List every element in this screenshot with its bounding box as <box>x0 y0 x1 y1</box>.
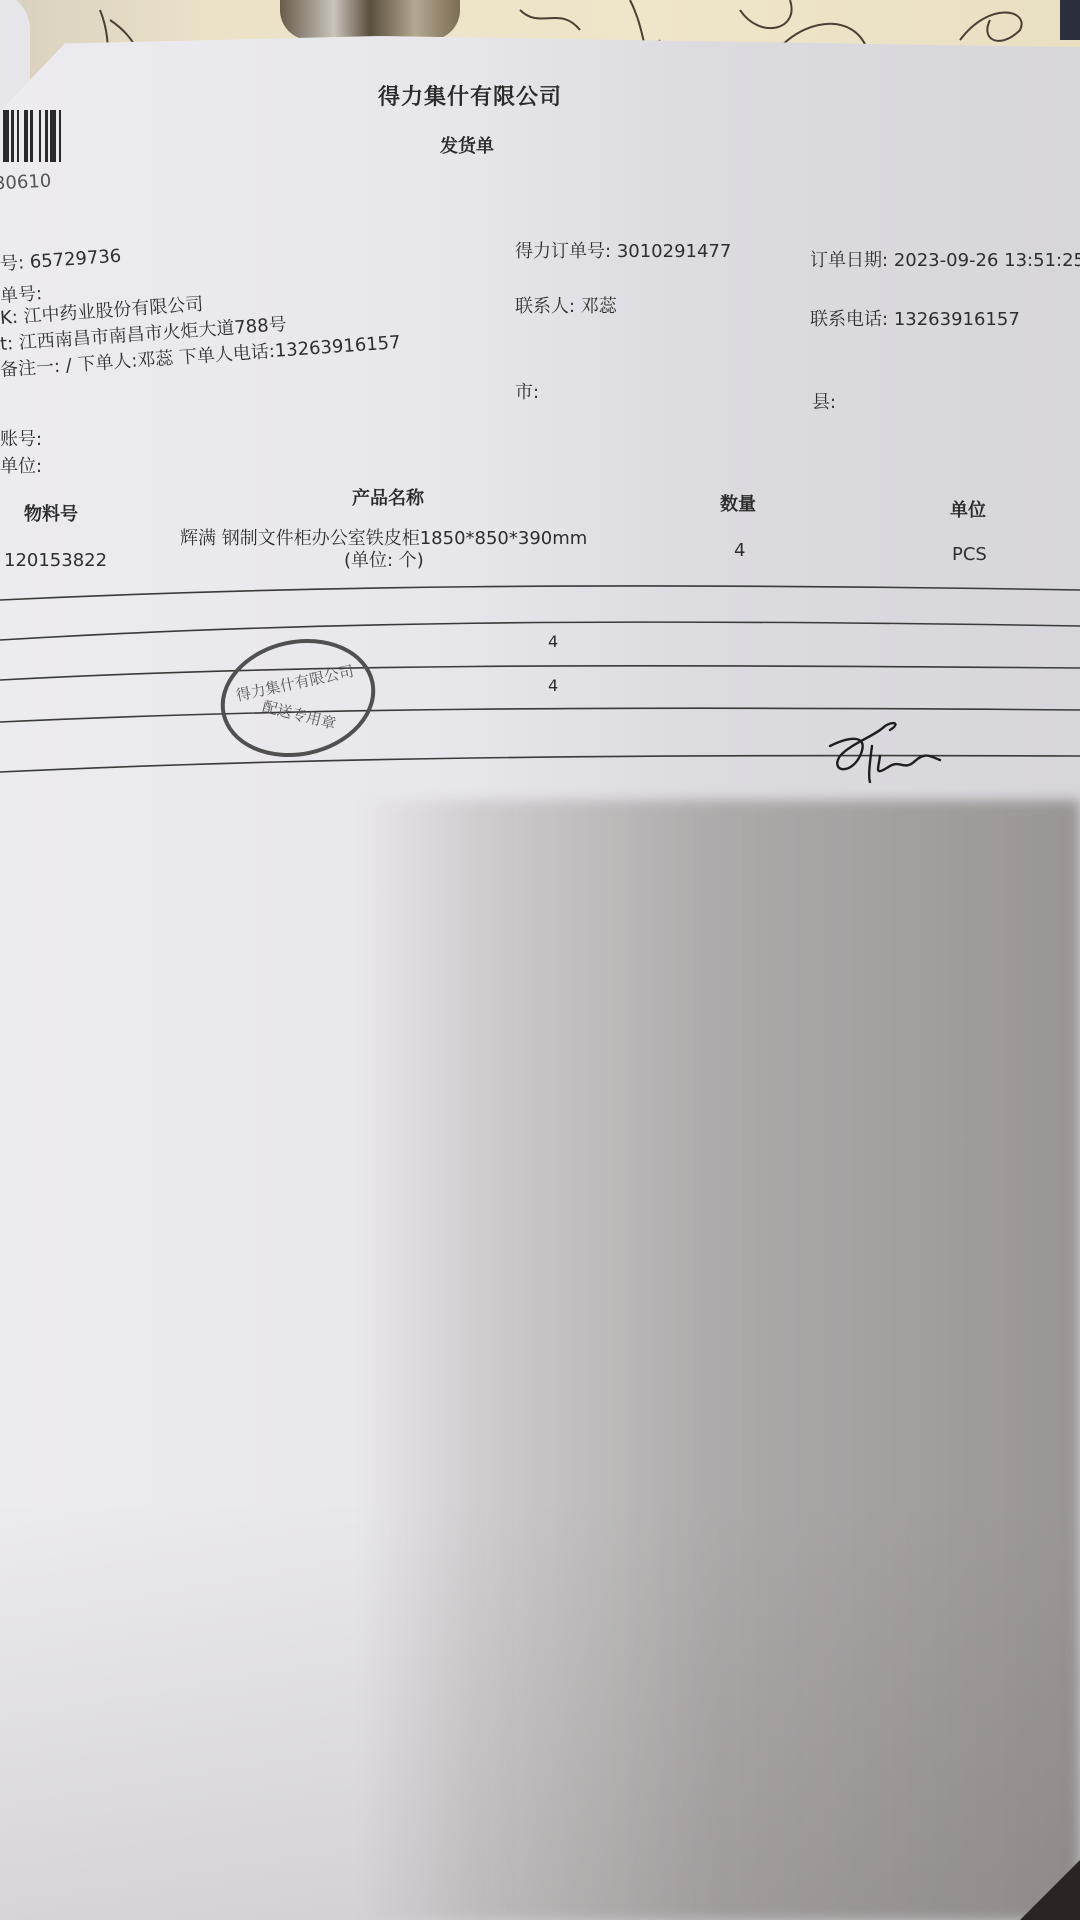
column-header-unit: 单位 <box>950 496 986 522</box>
table-rules <box>0 0 1080 820</box>
order-date-value: 2023-09-26 13:51:25 <box>894 250 1080 271</box>
county-label: 县: <box>812 392 836 413</box>
svg-text:配送专用章: 配送专用章 <box>261 697 338 733</box>
contact-phone: 联系电话: 13263916157 <box>810 305 1020 331</box>
city: 市: <box>515 378 539 404</box>
unit: PCS <box>952 544 987 565</box>
column-header-product-name: 产品名称 <box>352 484 424 510</box>
column-header-material-no: 物料号 <box>24 500 78 526</box>
contact-person: 联系人: 邓蕊 <box>515 292 617 318</box>
order-date-label: 订单日期: <box>810 250 888 271</box>
column-header-quantity: 数量 <box>720 490 756 516</box>
city-label: 市: <box>515 382 539 403</box>
deli-order-number: 得力订单号: 3010291477 <box>515 237 731 263</box>
contact-label: 联系人: <box>515 296 575 317</box>
deli-order-number-value: 3010291477 <box>617 241 732 262</box>
county: 县: <box>812 388 836 414</box>
contact-value: 邓蕊 <box>581 296 617 317</box>
billing-unit: 单位: <box>0 452 42 478</box>
svg-text:得力集什有限公司: 得力集什有限公司 <box>234 662 355 705</box>
subtotal-quantity: 4 <box>548 632 558 651</box>
order-number: 号: 65729736 <box>0 242 122 276</box>
company-name: 得力集什有限公司 <box>378 80 562 111</box>
phone-label: 联系电话: <box>810 309 888 330</box>
company-stamp: 得力集什有限公司 配送专用章 <box>216 636 380 760</box>
quantity: 4 <box>734 540 745 561</box>
total-quantity: 4 <box>548 676 558 695</box>
shipping-note: 得力集什有限公司 发货单 30610 号: 65729736 单号: K: 江中… <box>0 0 1080 1920</box>
document-title: 发货单 <box>440 132 494 158</box>
signature <box>820 716 950 786</box>
product-unit-note: (单位: 个) <box>344 546 424 572</box>
material-number: 120153822 <box>4 550 107 571</box>
phone-value: 13263916157 <box>894 309 1020 330</box>
deli-order-number-label: 得力订单号: <box>515 241 611 262</box>
barcode-number: 30610 <box>0 171 52 195</box>
account-number: 账号: <box>0 425 42 451</box>
barcode-icon <box>0 110 96 162</box>
order-date: 订单日期: 2023-09-26 13:51:25 <box>810 246 1080 272</box>
